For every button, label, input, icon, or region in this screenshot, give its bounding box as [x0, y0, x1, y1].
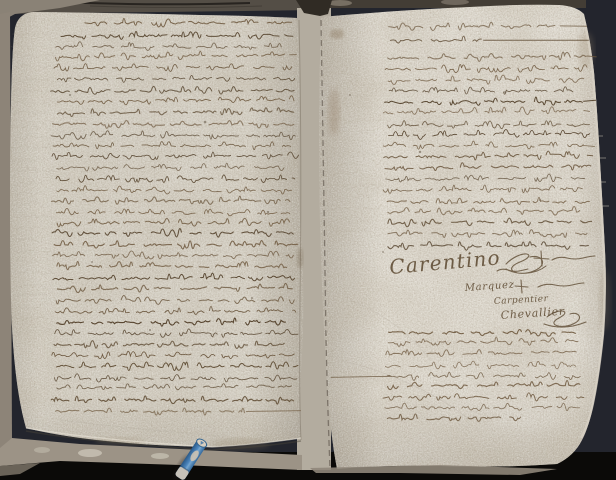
edge-stain — [297, 248, 303, 268]
torn-paper-bit — [78, 449, 102, 457]
torn-paper-bit — [34, 447, 50, 453]
manuscript-scene: CarentinoMarquezCarpentierChevallier — [0, 0, 616, 480]
ink-stain — [330, 29, 344, 39]
manuscript-photo: Double page of an early-modern French ma… — [0, 0, 616, 480]
torn-paper-bit — [151, 453, 169, 459]
